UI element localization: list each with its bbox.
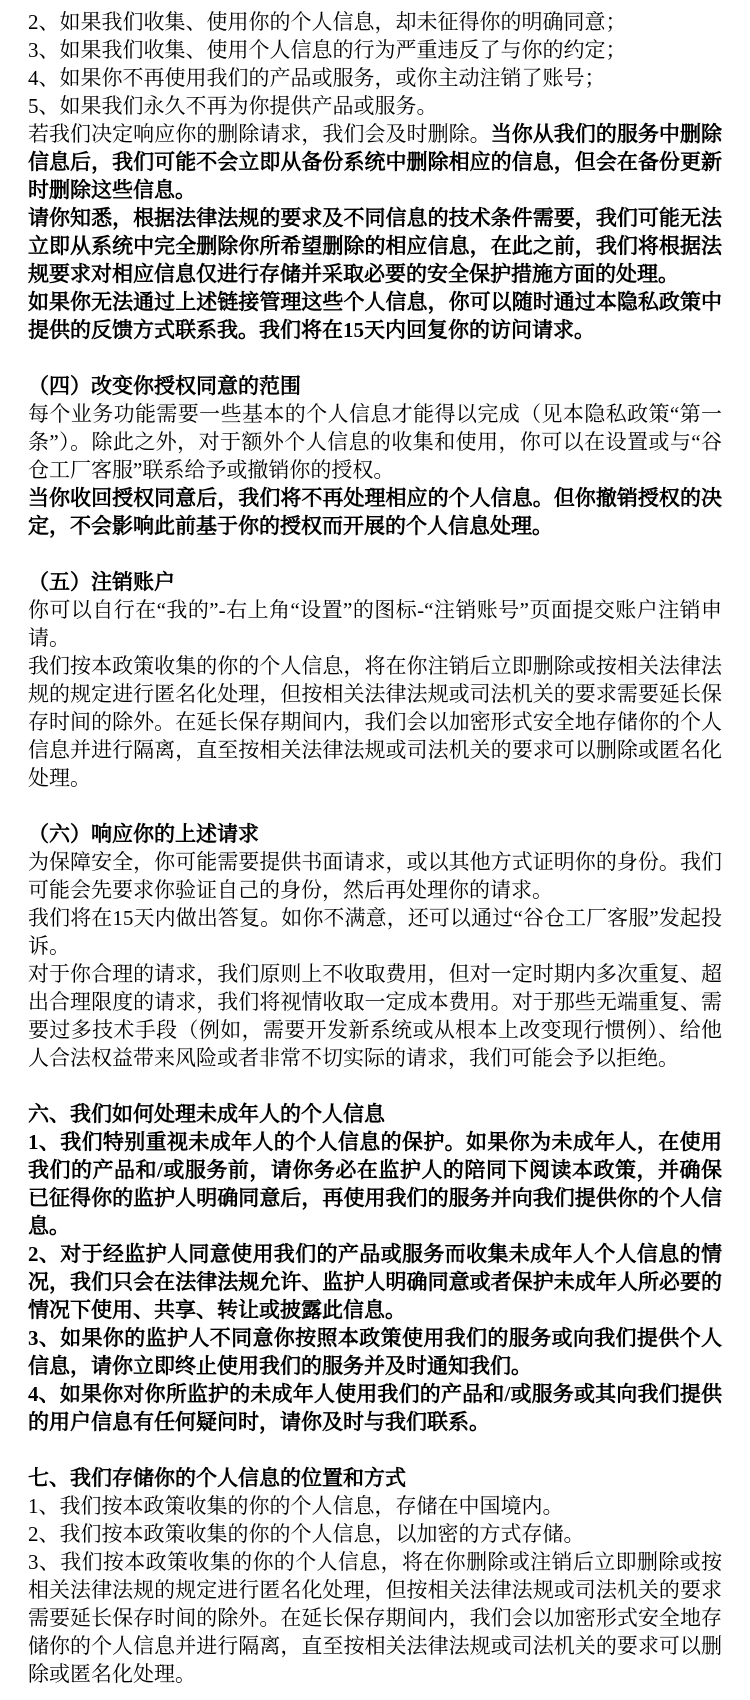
paragraph: 你可以自行在“我的”-右上角“设置”的图标-“注销账号”页面提交账户注销申请。 [28,596,722,652]
text-run: 对于你合理的请求，我们原则上不收取费用，但对一定时期内多次重复、超出合理限度的请… [28,962,722,1070]
bold-text-run: （六）响应你的上述请求 [28,822,259,846]
bold-text-run: 六、我们如何处理未成年人的个人信息 [28,1102,385,1126]
paragraph: 2、对于经监护人同意使用我们的产品或服务而收集未成年人个人信息的情况，我们只会在… [28,1240,722,1324]
paragraph: 请你知悉，根据法律法规的要求及不同信息的技术条件需要，我们可能无法立即从系统中完… [28,204,722,288]
bold-text-run: （四）改变你授权同意的范围 [28,374,301,398]
paragraph: 3、如果我们收集、使用个人信息的行为严重违反了与你的约定； [28,36,722,64]
text-run: 2、我们按本政策收集的你的个人信息，以加密的方式存储。 [28,1522,585,1546]
bold-text-run: 七、我们存储你的个人信息的位置和方式 [28,1466,406,1490]
paragraph: 2、如果我们收集、使用你的个人信息，却未征得你的明确同意； [28,8,722,36]
section-heading: （六）响应你的上述请求 [28,820,722,848]
paragraph: 若我们决定响应你的删除请求，我们会及时删除。当你从我们的服务中删除信息后，我们可… [28,120,722,204]
bold-text-run: 4、如果你对你所监护的未成年人使用我们的产品和/或服务或其向我们提供的用户信息有… [28,1382,722,1434]
bold-text-run: 当你收回授权同意后，我们将不再处理相应的个人信息。但你撤销授权的决定，不会影响此… [28,486,722,538]
text-run: 我们将在15天内做出答复。如你不满意，还可以通过“谷仓工厂客服”发起投诉。 [28,906,722,958]
paragraph: 当你收回授权同意后，我们将不再处理相应的个人信息。但你撤销授权的决定，不会影响此… [28,484,722,540]
paragraph: 每个业务功能需要一些基本的个人信息才能得以完成（见本隐私政策“第一条”）。除此之… [28,400,722,484]
section-heading: 六、我们如何处理未成年人的个人信息 [28,1100,722,1128]
text-run: 3、如果我们收集、使用个人信息的行为严重违反了与你的约定； [28,38,627,62]
paragraph: 3、如果你的监护人不同意你按照本政策使用我们的服务或向我们提供个人信息，请你立即… [28,1324,722,1380]
bold-text-run: 3、如果你的监护人不同意你按照本政策使用我们的服务或向我们提供个人信息，请你立即… [28,1326,722,1378]
privacy-policy-document: 2、如果我们收集、使用你的个人信息，却未征得你的明确同意；3、如果我们收集、使用… [0,0,750,1700]
text-run: 每个业务功能需要一些基本的个人信息才能得以完成（见本隐私政策“第一条”）。除此之… [28,402,722,482]
section-heading: （五）注销账户 [28,568,722,596]
paragraph: 我们按本政策收集的你的个人信息，将在你注销后立即删除或按相关法律法规的规定进行匿… [28,652,722,792]
paragraph: 5、如果我们永久不再为你提供产品或服务。 [28,92,722,120]
paragraph: 4、如果你不再使用我们的产品或服务，或你主动注销了账号； [28,64,722,92]
privacy-policy-page: 2、如果我们收集、使用你的个人信息，却未征得你的明确同意；3、如果我们收集、使用… [0,0,750,1700]
bold-text-run: 1、我们特别重视未成年人的个人信息的保护。如果你为未成年人，在使用我们的产品和/… [28,1130,722,1238]
text-run: 4、如果你不再使用我们的产品或服务，或你主动注销了账号； [28,66,606,90]
bold-text-run: （五）注销账户 [28,570,175,594]
bold-text-run: 如果你无法通过上述链接管理这些个人信息，你可以随时通过本隐私政策中提供的反馈方式… [28,290,722,342]
paragraph: 如果你无法通过上述链接管理这些个人信息，你可以随时通过本隐私政策中提供的反馈方式… [28,288,722,344]
paragraph: 1、我们按本政策收集的你的个人信息，存储在中国境内。 [28,1492,722,1520]
paragraph: 4、如果你对你所监护的未成年人使用我们的产品和/或服务或其向我们提供的用户信息有… [28,1380,722,1436]
text-run: 5、如果我们永久不再为你提供产品或服务。 [28,94,438,118]
text-run: 2、如果我们收集、使用你的个人信息，却未征得你的明确同意； [28,10,627,34]
text-run: 若我们决定响应你的删除请求，我们会及时删除。 [28,122,491,146]
text-run: 为保障安全，你可能需要提供书面请求，或以其他方式证明你的身份。我们可能会先要求你… [28,850,722,902]
paragraph: 2、我们按本政策收集的你的个人信息，以加密的方式存储。 [28,1520,722,1548]
paragraph: 对于你合理的请求，我们原则上不收取费用，但对一定时期内多次重复、超出合理限度的请… [28,960,722,1072]
paragraph: 为保障安全，你可能需要提供书面请求，或以其他方式证明你的身份。我们可能会先要求你… [28,848,722,904]
paragraph: 我们将在15天内做出答复。如你不满意，还可以通过“谷仓工厂客服”发起投诉。 [28,904,722,960]
paragraph: 1、我们特别重视未成年人的个人信息的保护。如果你为未成年人，在使用我们的产品和/… [28,1128,722,1240]
bold-text-run: 2、对于经监护人同意使用我们的产品或服务而收集未成年人个人信息的情况，我们只会在… [28,1242,722,1322]
section-heading: （四）改变你授权同意的范围 [28,372,722,400]
text-run: 我们按本政策收集的你的个人信息，将在你注销后立即删除或按相关法律法规的规定进行匿… [28,654,722,790]
text-run: 你可以自行在“我的”-右上角“设置”的图标-“注销账号”页面提交账户注销申请。 [28,598,722,650]
bold-text-run: 请你知悉，根据法律法规的要求及不同信息的技术条件需要，我们可能无法立即从系统中完… [28,206,722,286]
section-heading: 七、我们存储你的个人信息的位置和方式 [28,1464,722,1492]
paragraph: 3、我们按本政策收集的你的个人信息，将在你删除或注销后立即删除或按相关法律法规的… [28,1548,722,1688]
text-run: 1、我们按本政策收集的你的个人信息，存储在中国境内。 [28,1494,564,1518]
text-run: 3、我们按本政策收集的你的个人信息，将在你删除或注销后立即删除或按相关法律法规的… [28,1550,722,1686]
